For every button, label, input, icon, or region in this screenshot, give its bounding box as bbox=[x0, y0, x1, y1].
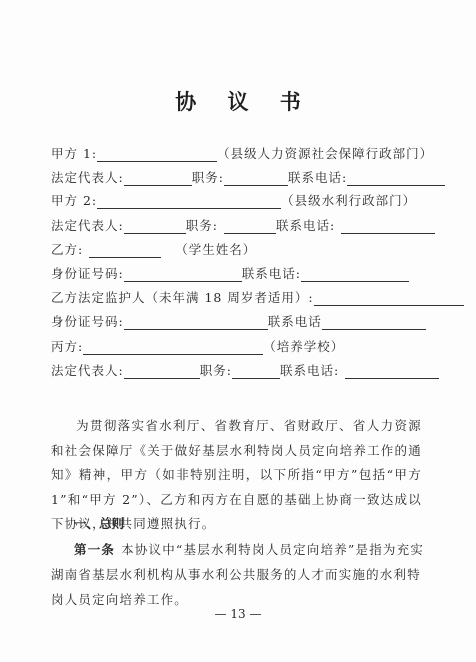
rep-field[interactable] bbox=[124, 221, 186, 234]
guardian-row: 乙方法定监护人（未年满 18 周岁者适用）: bbox=[51, 290, 464, 306]
party-a1-rep-row: 法定代表人: 职务: 联系电话: bbox=[51, 170, 445, 186]
party-a2-field[interactable] bbox=[97, 196, 281, 209]
id-label: 身份证号码: bbox=[51, 314, 124, 330]
guardian-field[interactable] bbox=[314, 293, 464, 306]
rep-label: 法定代表人: bbox=[51, 218, 124, 234]
party-a1-note: （县级人力资源社会保障行政部门） bbox=[217, 146, 433, 162]
party-a1-field[interactable] bbox=[97, 149, 217, 162]
phone-label: 联系电话: bbox=[280, 363, 339, 379]
id-field[interactable] bbox=[124, 317, 268, 330]
party-a2-row: 甲方 2: （县级水利行政部门） bbox=[51, 193, 416, 209]
party-b-label: 乙方: bbox=[51, 242, 83, 258]
id-label: 身份证号码: bbox=[51, 266, 124, 282]
phone-field[interactable] bbox=[345, 366, 439, 379]
phone-field[interactable] bbox=[341, 221, 435, 234]
party-a2-note: （县级水利行政部门） bbox=[281, 193, 416, 209]
rep-field[interactable] bbox=[124, 366, 200, 379]
phone-field[interactable] bbox=[322, 317, 426, 330]
party-a2-label: 甲方 2: bbox=[51, 193, 97, 209]
party-a1-label: 甲方 1: bbox=[51, 146, 97, 162]
position-label: 职务: bbox=[200, 363, 232, 379]
party-b-note: （学生姓名） bbox=[175, 242, 256, 258]
phone-label: 联系电话: bbox=[242, 266, 301, 282]
position-field[interactable] bbox=[224, 221, 276, 234]
document-title: 协 议 书 bbox=[0, 86, 476, 116]
party-c-rep-row: 法定代表人: 职务: 联系电话: bbox=[51, 363, 439, 379]
phone-label: 联系电话: bbox=[276, 218, 335, 234]
phone-field[interactable] bbox=[347, 173, 445, 186]
guardian-label: 乙方法定监护人（未年满 18 周岁者适用）: bbox=[51, 290, 314, 306]
position-field[interactable] bbox=[232, 366, 280, 379]
party-c-row: 丙方: （培养学校） bbox=[51, 339, 344, 355]
position-field[interactable] bbox=[224, 173, 288, 186]
rep-field[interactable] bbox=[124, 173, 192, 186]
party-b-field[interactable] bbox=[89, 245, 161, 258]
id-field[interactable] bbox=[124, 269, 242, 282]
section-heading: 一、总则 bbox=[74, 514, 124, 532]
page-number: — 13 — bbox=[0, 607, 476, 621]
article-label: 第一条 bbox=[74, 542, 115, 557]
party-c-field[interactable] bbox=[83, 342, 263, 355]
guardian-id-row: 身份证号码: 联系电话 bbox=[51, 314, 426, 330]
party-c-note: （培养学校） bbox=[263, 339, 344, 355]
article-1: 第一条本协议中“基层水利特岗人员定向培养”是指为充实湖南省基层水利机构从事水利公… bbox=[51, 537, 429, 612]
rep-label: 法定代表人: bbox=[51, 363, 124, 379]
phone-label: 联系电话 bbox=[268, 314, 322, 330]
party-b-id-row: 身份证号码: 联系电话: bbox=[51, 266, 409, 282]
position-label: 职务: bbox=[192, 170, 224, 186]
party-a2-rep-row: 法定代表人: 职务: 联系电话: bbox=[51, 218, 435, 234]
party-c-label: 丙方: bbox=[51, 339, 83, 355]
party-b-row: 乙方: （学生姓名） bbox=[51, 242, 256, 258]
position-label: 职务: bbox=[186, 218, 218, 234]
phone-field[interactable] bbox=[301, 269, 409, 282]
party-a1-row: 甲方 1: （县级人力资源社会保障行政部门） bbox=[51, 146, 433, 162]
rep-label: 法定代表人: bbox=[51, 170, 124, 186]
phone-label: 联系电话: bbox=[288, 170, 347, 186]
